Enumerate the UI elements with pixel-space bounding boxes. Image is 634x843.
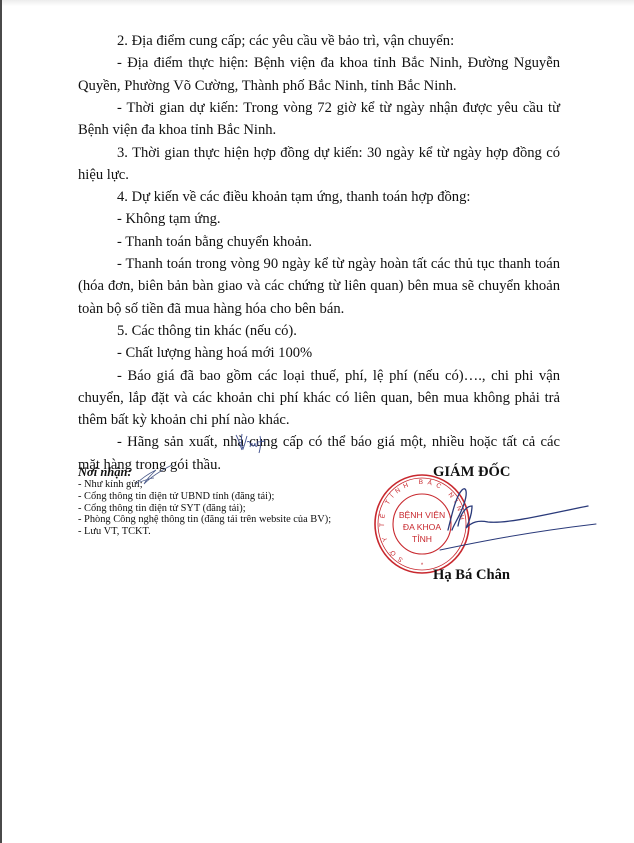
- recipient-item: - Phòng Công nghệ thông tin (đăng tải tr…: [78, 514, 331, 526]
- paragraph-line: 5. Các thông tin khác (nếu có).: [78, 321, 560, 341]
- recipient-item: - Cổng thông tin điện tử UBND tỉnh (đăng…: [78, 491, 331, 503]
- paragraph-line: - Thanh toán trong vòng 90 ngày kể từ ng…: [78, 254, 560, 274]
- paragraph-line: Quyền, Phường Võ Cường, Thành phố Bắc Ni…: [78, 76, 560, 96]
- paragraph-line: - Không tạm ứng.: [78, 209, 560, 229]
- svg-text:ĐA KHOA: ĐA KHOA: [403, 522, 441, 532]
- paragraph-line: chuyển, lắp đặt và các khoản chi phí khá…: [78, 388, 560, 408]
- svg-text:TỈNH: TỈNH: [412, 533, 432, 544]
- paragraph-line: - Thanh toán bằng chuyển khoản.: [78, 232, 560, 252]
- initial-signature: [233, 430, 273, 456]
- paragraph-line: - Chất lượng hàng hoá mới 100%: [78, 343, 560, 363]
- paragraph-line: - Thời gian dự kiến: Trong vòng 72 giờ k…: [78, 98, 560, 118]
- paragraph-line: 2. Địa điểm cung cấp; các yêu cầu về bảo…: [78, 31, 560, 51]
- recipient-item: - Như kính gửi;: [78, 479, 331, 491]
- paragraph-line: toàn bộ số tiền đã mua hàng hóa cho bên …: [78, 299, 560, 319]
- svg-text:*: *: [421, 563, 424, 569]
- paragraph-line: hiệu lực.: [78, 165, 560, 185]
- page-top-shadow: [2, 0, 634, 6]
- recipients-title: Nơi nhận:: [78, 466, 331, 479]
- recipient-signature-mark: [132, 462, 176, 488]
- director-signature: [438, 484, 598, 554]
- paragraph-line: 4. Dự kiến về các điều khoản tạm ứng, th…: [78, 187, 560, 207]
- paragraph-line: - Hãng sản xuất, nhà cung cấp có thể báo…: [78, 432, 560, 452]
- recipient-item: - Cổng thông tin điện tử SYT (đăng tải);: [78, 503, 331, 515]
- paragraph-line: - Địa điểm thực hiện: Bệnh viện đa khoa …: [78, 53, 560, 73]
- paragraph-line: - Báo giá đã bao gồm các loại thuế, phí,…: [78, 366, 560, 386]
- paragraph-line: (hóa đơn, biên bản bàn giao và các chứng…: [78, 276, 560, 296]
- paragraph-line: 3. Thời gian thực hiện hợp đồng dự kiến:…: [78, 143, 560, 163]
- viewer-left-edge: [0, 0, 2, 843]
- paragraph-line: thêm bất kỳ khoản chi phí nào khác.: [78, 410, 560, 430]
- signer-name: Hạ Bá Chân: [433, 567, 510, 584]
- recipient-item: - Lưu VT, TCKT.: [78, 526, 331, 538]
- recipients-block: Nơi nhận: - Như kính gửi;- Cổng thông ti…: [78, 466, 331, 538]
- paragraph-line: Bệnh viện đa khoa tỉnh Bắc Ninh.: [78, 120, 560, 140]
